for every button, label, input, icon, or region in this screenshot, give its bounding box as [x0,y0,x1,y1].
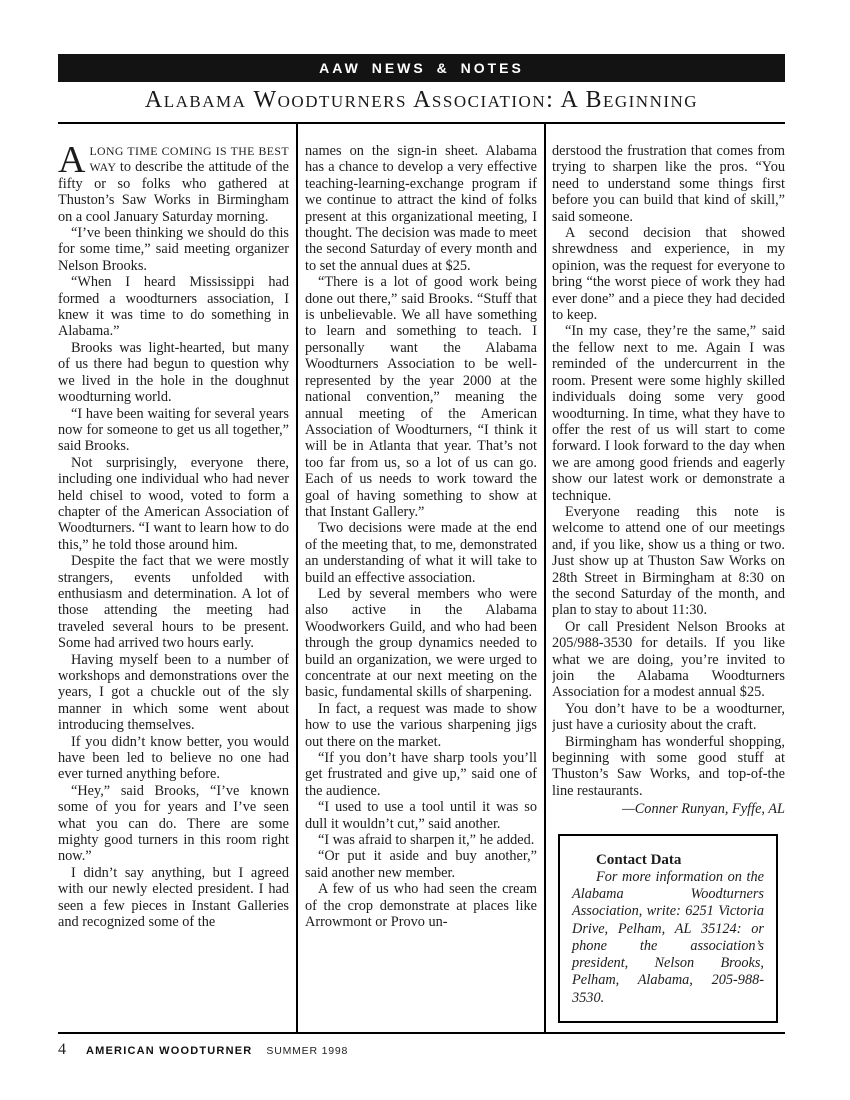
paragraph: “I’ve been thinking we should do this fo… [58,225,289,274]
column-3-paragraphs: derstood the frustration that comes from… [552,143,785,818]
section-banner-label: AAW NEWS & NOTES [319,60,524,76]
section-banner: AAW NEWS & NOTES [58,54,785,82]
contact-box-title: Contact Data [572,852,764,869]
contact-data-box: Contact Data For more information on the… [558,834,778,1023]
paragraph: Not surprisingly, everyone there, includ… [58,455,289,553]
paragraph: “In my case, they’re the same,” said the… [552,323,785,503]
paragraph: “If you don’t have sharp tools you’ll ge… [305,750,537,799]
paragraph: Two decisions were made at the end of th… [305,520,537,586]
paragraph: “When I heard Mississippi had formed a w… [58,274,289,340]
paragraph: “Hey,” said Brooks, “I’ve known some of … [58,783,289,865]
text-column-2: names on the sign-in sheet. Alabama has … [305,130,537,1032]
paragraph: A few of us who had seen the cream of th… [305,881,537,930]
paragraph: “There is a lot of good work being done … [305,274,537,520]
paragraph: You don’t have to be a woodturner, just … [552,701,785,734]
paragraph: Led by several members who were also act… [305,586,537,701]
byline: —Conner Runyan, Fyffe, AL [552,801,785,817]
paragraph: Everyone reading this note is welcome to… [552,504,785,619]
column-divider-1 [296,122,298,1034]
paragraph: “I used to use a tool until it was so du… [305,799,537,832]
paragraph: Brooks was light-hearted, but many of us… [58,340,289,406]
column-divider-2 [544,122,546,1034]
paragraph: Birmingham has wonderful shopping, begin… [552,734,785,800]
paragraph: A second decision that showed shrewdness… [552,225,785,323]
text-column-1: ALONG TIME COMING IS THE BEST WAY to des… [58,130,289,1032]
drop-cap: A [58,143,89,175]
paragraph: derstood the frustration that comes from… [552,143,785,225]
magazine-page: AAW NEWS & NOTES Alabama Woodturners Ass… [0,0,850,1100]
paragraph: If you didn’t know better, you would hav… [58,734,289,783]
paragraph: “I was afraid to sharpen it,” he added. [305,832,537,848]
header-rule [58,122,785,124]
page-footer: 4 AMERICAN WOODTURNER SUMMER 1998 [58,1041,348,1059]
paragraph: In fact, a request was made to show how … [305,701,537,750]
magazine-title: AMERICAN WOODTURNER [86,1045,252,1057]
article-title: Alabama Woodturners Association: A Begin… [58,87,785,114]
footer-rule [58,1032,785,1034]
paragraph: names on the sign-in sheet. Alabama has … [305,143,537,274]
paragraph: Despite the fact that we were mostly str… [58,553,289,651]
contact-box-body: For more information on the Alabama Wood… [572,869,764,1007]
paragraph: Having myself been to a number of worksh… [58,652,289,734]
paragraph: I didn’t say anything, but I agreed with… [58,865,289,931]
page-number: 4 [58,1041,66,1059]
paragraph: “Or put it aside and buy another,” said … [305,848,537,881]
small-caps-lead: LONG TIME COMING IS THE BEST WAY [89,144,289,174]
text-column-3: derstood the frustration that comes from… [552,130,785,1032]
paragraph: Or call President Nelson Brooks at 205/9… [552,619,785,701]
issue-date: SUMMER 1998 [266,1045,348,1057]
paragraph: ALONG TIME COMING IS THE BEST WAY to des… [58,143,289,225]
paragraph: “I have been waiting for several years n… [58,406,289,455]
